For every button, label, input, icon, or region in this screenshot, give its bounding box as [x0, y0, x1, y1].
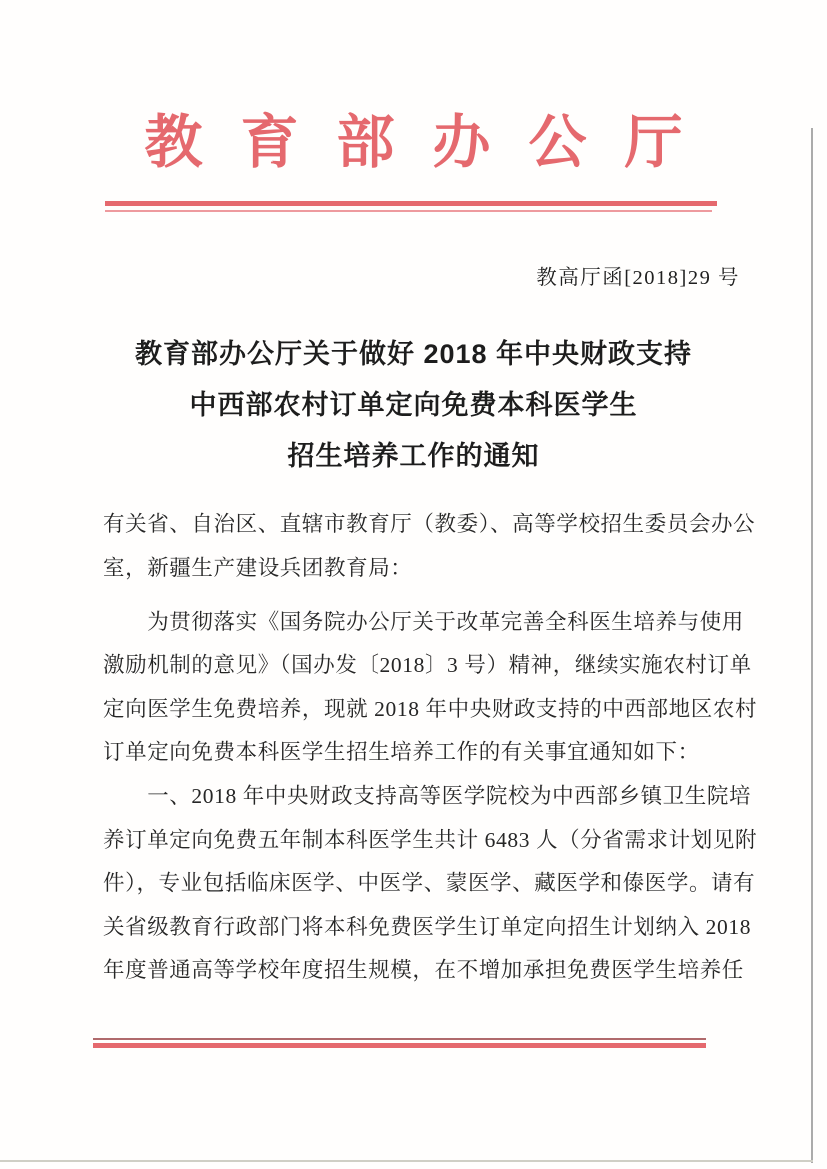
body-text-line: 关省级教育行政部门将本科免费医学生订单定向招生计划纳入 2018	[103, 906, 745, 950]
letterhead-rule-thick	[105, 201, 717, 206]
document-reference-number: 教高厅函[2018]29 号	[536, 260, 740, 290]
letterhead-org-name: 教育部办公厅	[0, 106, 827, 180]
letterhead-rule-thin	[105, 210, 712, 212]
document-title-line: 招生培养工作的通知	[0, 431, 827, 482]
body-text-line: 订单定向免费本科医学生招生培养工作的有关事宜通知如下：	[103, 731, 745, 775]
document-title-line: 教育部办公厅关于做好 2018 年中央财政支持	[0, 329, 827, 380]
footer-rule-thin	[93, 1038, 706, 1040]
body-text-line: 件），专业包括临床医学、中医学、蒙医学、藏医学和傣医学。请有	[103, 862, 745, 906]
body-text-line: 定向医学生免费培养，现就 2018 年中央财政支持的中西部地区农村	[103, 688, 745, 732]
body-text-line: 激励机制的意见》（国办发〔2018〕3 号）精神，继续实施农村订单	[103, 644, 745, 688]
salutation-line: 有关省、自治区、直辖市教育厅（教委）、高等学校招生委员会办公	[103, 503, 745, 547]
footer-rule-thick	[93, 1043, 706, 1048]
body-text-line: 为贯彻落实《国务院办公厅关于改革完善全科医生培养与使用	[103, 601, 745, 645]
scan-page-edge-bottom	[0, 1160, 813, 1162]
body-text-line: 一、2018 年中央财政支持高等医学院校为中西部乡镇卫生院培	[103, 775, 745, 819]
document-title-line: 中西部农村订单定向免费本科医学生	[0, 380, 827, 431]
document-title: 教育部办公厅关于做好 2018 年中央财政支持 中西部农村订单定向免费本科医学生…	[0, 329, 827, 482]
scan-page-edge-right	[811, 128, 813, 1163]
body-text-line: 年度普通高等学校年度招生规模，在不增加承担免费医学生培养任	[103, 949, 745, 993]
document-body: 有关省、自治区、直辖市教育厅（教委）、高等学校招生委员会办公 室，新疆生产建设兵…	[103, 503, 745, 993]
scanned-document-page: 教育部办公厅 教高厅函[2018]29 号 教育部办公厅关于做好 2018 年中…	[0, 0, 827, 1169]
salutation-line: 室，新疆生产建设兵团教育局：	[103, 547, 745, 591]
body-text-line: 养订单定向免费五年制本科医学生共计 6483 人（分省需求计划见附	[103, 819, 745, 863]
